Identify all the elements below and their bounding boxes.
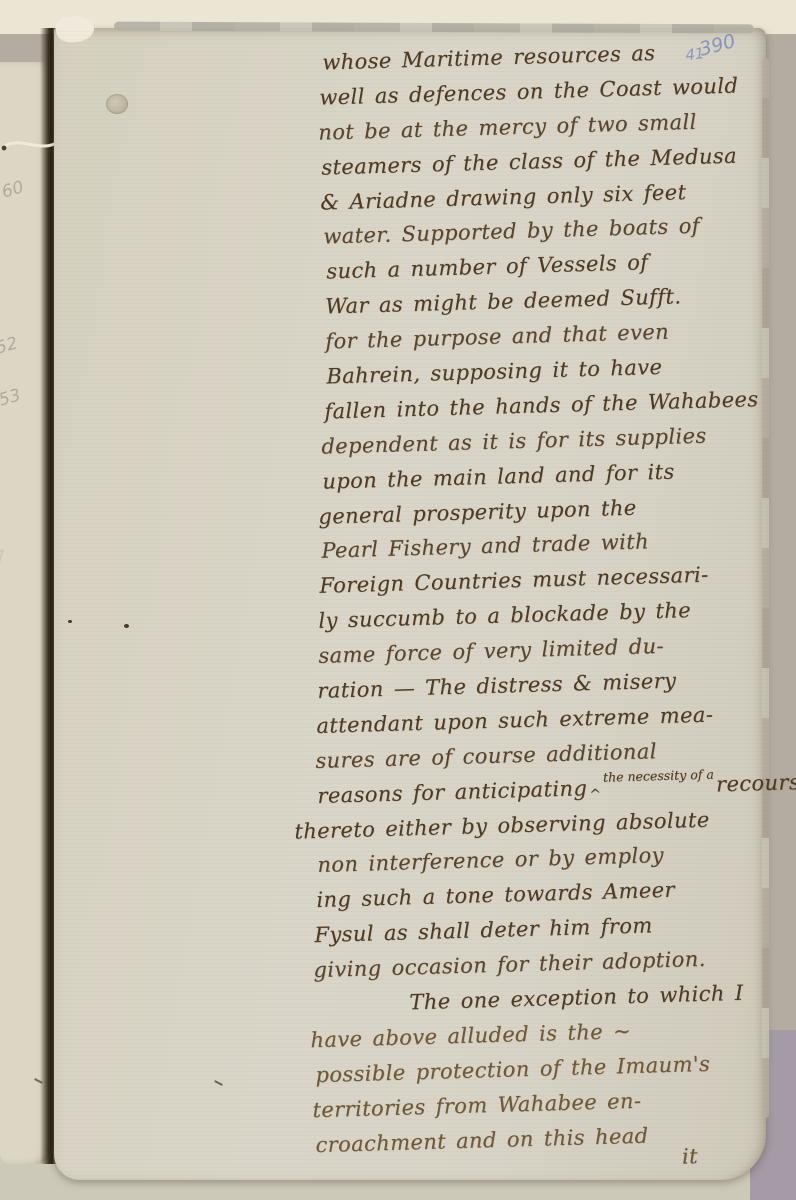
manuscript-text: whose Maritime resources as well as defe…	[270, 37, 796, 1168]
page-torn-top-edge	[114, 22, 754, 34]
line-text: recourse	[716, 769, 796, 796]
photographed-manuscript: 60 52 53 7 41390 whose Maritime resource…	[0, 0, 796, 1200]
catchword: it	[682, 1144, 699, 1168]
ink-blot-stain	[106, 94, 128, 114]
interlinear-insertion: the necessity of a	[603, 766, 714, 784]
insertion-caret: ^	[589, 786, 602, 802]
manuscript-page: 41390 whose Maritime resources as well a…	[54, 28, 766, 1180]
paper-speck	[68, 620, 72, 623]
paper-speck	[124, 624, 129, 628]
paper-nick	[214, 1080, 223, 1086]
